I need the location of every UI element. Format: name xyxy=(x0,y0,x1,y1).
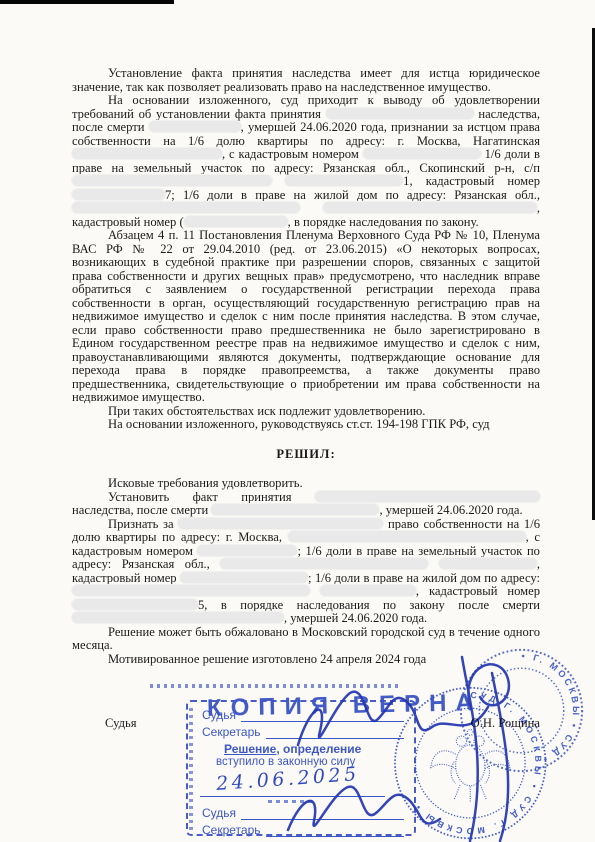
redaction-box xyxy=(211,504,379,515)
redaction-box xyxy=(323,202,537,213)
signature-bottom xyxy=(288,787,440,830)
redaction-box xyxy=(439,558,537,569)
scanned-court-decision-page: Установление факта принятия наследства и… xyxy=(0,0,595,842)
redaction-box xyxy=(72,175,272,186)
paragraph: Исковые требования удовлетворить. xyxy=(72,477,540,491)
redaction-box xyxy=(72,585,310,596)
paragraph: На основании изложенного, суд приходит к… xyxy=(72,94,540,229)
redaction-box xyxy=(72,148,222,159)
judge-label: Судья xyxy=(72,716,137,731)
document-body: Установление факта принятия наследства и… xyxy=(72,67,540,666)
redaction-box xyxy=(288,531,526,542)
redaction-box xyxy=(72,612,284,623)
redaction-box xyxy=(320,585,416,596)
paragraph: На основании изложенного, руководствуясь… xyxy=(72,418,540,432)
redaction-box xyxy=(220,558,428,569)
signature-top xyxy=(298,692,488,745)
paragraph: Установление факта принятия наследства и… xyxy=(72,67,540,94)
redaction-box xyxy=(72,599,198,610)
paragraph: Установить факт принятия наследства, пос… xyxy=(72,491,540,518)
redaction-box xyxy=(149,121,241,132)
redaction-box xyxy=(178,518,383,529)
redaction-box xyxy=(315,491,540,502)
redaction-box xyxy=(72,202,300,213)
redaction-box xyxy=(363,148,481,159)
signature-loop xyxy=(468,664,509,705)
paragraph: Признать за право собственности на 1/6 д… xyxy=(72,518,540,626)
redaction-box xyxy=(184,216,288,227)
paragraph: Абзацем 4 п. 11 Постановления Пленума Ве… xyxy=(72,229,540,405)
decision-heading: РЕШИЛ: xyxy=(72,448,540,462)
redaction-box xyxy=(285,175,403,186)
redaction-box xyxy=(197,545,297,556)
redaction-box xyxy=(180,572,308,583)
redaction-box xyxy=(326,108,474,119)
scan-artifact-top-bar xyxy=(0,0,174,4)
paragraph: При таких обстоятельствах иск подлежит у… xyxy=(72,405,540,419)
ink-signatures xyxy=(170,645,590,842)
redaction-box xyxy=(72,189,165,200)
